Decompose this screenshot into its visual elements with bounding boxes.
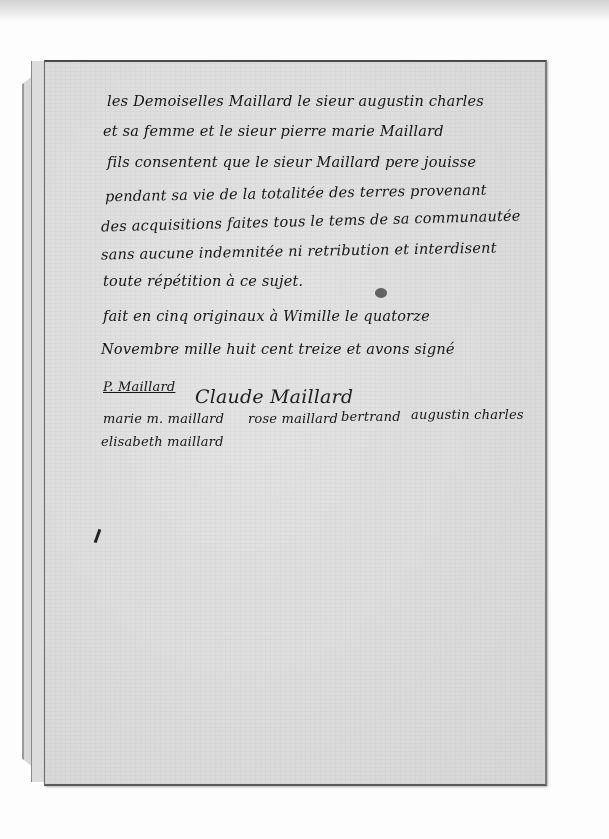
text-line-7: toute répétition à ce sujet. [103,274,303,290]
text-line-3: fils consentent que le sieur Maillard pe… [107,155,476,171]
text-line-6: sans aucune indemnitée ni retribution et… [101,241,497,264]
text-line-9: Novembre mille huit cent treize et avons… [101,342,455,358]
signature-p-maillard: P. Maillard [103,380,175,395]
scanner-shadow [0,0,609,22]
signature-elisabeth-maillard: elisabeth maillard [101,435,224,450]
text-line-8: fait en cinq originaux à Wimille le quat… [103,309,430,325]
manuscript-page: les Demoiselles Maillard le sieur august… [44,60,547,786]
stray-pen-mark [94,529,102,543]
text-line-2: et sa femme et le sieur pierre marie Mai… [103,124,444,140]
signature-marie-maillard: marie m. maillard [103,412,224,427]
text-line-1: les Demoiselles Maillard le sieur august… [107,94,484,110]
signature-bertrand: bertrand [341,410,401,425]
signature-claude-maillard: Claude Maillard [195,386,353,408]
ink-blot [375,288,387,298]
signature-augustin-charles: augustin charles [411,408,524,423]
text-line-5: des acquisitions faites tous le tems de … [101,209,521,236]
text-line-4: pendant sa vie de la totalitée des terre… [105,183,487,206]
signature-rose-maillard: rose maillard [248,412,338,427]
